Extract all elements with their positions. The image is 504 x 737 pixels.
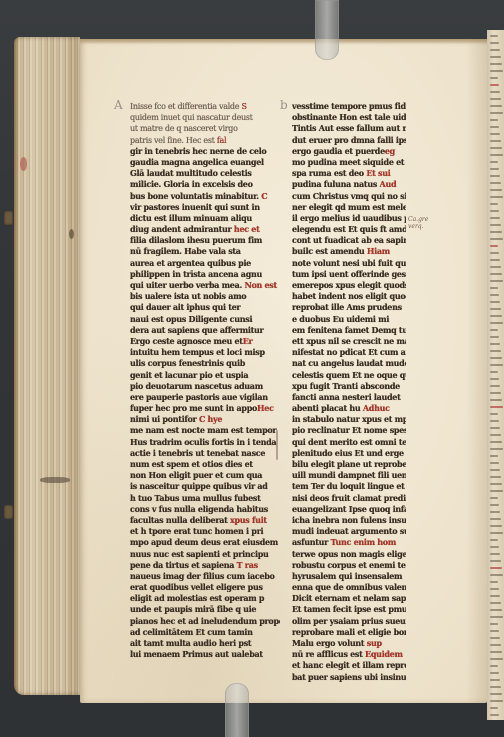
line-text: Malu ergo volunt — [292, 638, 367, 648]
facing-page-text-line — [490, 707, 498, 709]
manuscript-line: cum Christus vmq qui no sill — [292, 191, 406, 202]
line-text: gir in tenebris hec nerne de celo — [130, 146, 266, 156]
manuscript-line: milicie. Gloria in excelsis deo — [130, 179, 280, 190]
page-weight-bottom[interactable] — [225, 683, 249, 737]
line-text: pianos hec et ad ineludendum prope — [130, 616, 280, 626]
manuscript-line: num est spem et otios dies et — [130, 459, 280, 470]
line-text: dut eruer pro dmna falli ipsi — [292, 135, 406, 145]
line-text: nisi deos fruit clamat predicant — [292, 493, 406, 503]
line-text: non Hon eligit puer et cum qua — [130, 470, 262, 480]
line-text: celestis quem Et ne oque qu — [292, 370, 406, 380]
manuscript-line: bat puer sapiens ubi insinuat — [292, 672, 406, 683]
line-text: gaudia magna angelica euangel — [130, 157, 264, 167]
facing-page-text-line — [490, 105, 502, 107]
open-manuscript: A b Inisse fco et differentia valde Squi… — [12, 35, 492, 705]
facing-page-text-line — [490, 119, 498, 121]
manuscript-line: naueus imag der filius cum iacebo — [130, 571, 280, 582]
manuscript-line: erat quodibus vellet eligere pus — [130, 582, 280, 593]
rubric: Non est — [244, 280, 276, 290]
facing-page-text-line — [490, 693, 502, 695]
line-text: tem Ter du loquit lingue et — [292, 481, 405, 491]
facing-page-edge — [487, 30, 504, 720]
facing-page-text-line — [490, 651, 502, 653]
manuscript-line: nimi ui pontifor C hye — [130, 414, 280, 425]
manuscript-line: uill mundi dampnet fili uenit — [292, 470, 406, 481]
line-text: Dicit eternam et nelam sapiens — [292, 593, 406, 603]
line-text: bat puer sapiens ubi insinuat — [292, 672, 406, 682]
manuscript-line: bilu elegit plane ut reprober — [292, 459, 406, 470]
line-text: elegendu est Et quis ft amd re — [292, 224, 406, 234]
line-text: patris vel fine. Hec est — [130, 136, 217, 145]
line-text: ett xpus nil se crescit ne ma — [292, 336, 406, 346]
rubric: C — [261, 191, 267, 201]
line-text: vesstime tempore pmus fidus — [292, 101, 406, 111]
line-text: ergo gaudia et puerde — [292, 146, 385, 156]
facing-page-text-line — [490, 483, 502, 485]
facing-page-text-line — [490, 273, 502, 275]
line-text: uill mundi dampnet fili uenit — [292, 470, 406, 480]
manuscript-line: gir in tenebris hec nerne de celo — [130, 146, 280, 157]
line-text: dera aut sapiens que affermitur — [130, 325, 263, 335]
line-text: habet indent nos eligit quod — [292, 291, 406, 301]
manuscript-line: pio deuotarum nascetus aduam — [130, 381, 280, 392]
manuscript-line: in stabulo natur xpus et mpis — [292, 414, 406, 425]
line-text: qui dauer ait iphus qui ter — [130, 302, 240, 312]
facing-page-text-line — [490, 245, 498, 247]
line-text: enna que de omnibus valens — [292, 582, 406, 592]
manuscript-line: quidem inuet qui nascatur deust — [130, 112, 280, 123]
line-text: nū fragilem. Habe vala sta — [130, 246, 241, 256]
facing-page-text-line — [490, 301, 500, 303]
facing-page-text-line — [490, 364, 503, 366]
manuscript-line: dut eruer pro dmna falli ipsi — [292, 135, 406, 146]
manuscript-line: icha inebra non fulens insuet — [292, 515, 406, 526]
facing-page-text-line — [490, 490, 503, 492]
line-text: il ergo melius id uaudibus pena — [292, 213, 406, 223]
marginal-note: Ca.gre verq. — [408, 216, 428, 230]
facing-page-text-line — [490, 357, 502, 359]
facing-page-text-line — [490, 448, 503, 450]
facing-page-text-line — [490, 217, 500, 219]
manuscript-line: nat cu angelus laudat mudo — [292, 358, 406, 369]
line-text: fancti anna nesteri laudet — [292, 392, 400, 402]
manuscript-line: Ergo ceste agnosce meu etEr — [130, 336, 280, 347]
line-text: ner elegit qd mum est melestu — [292, 202, 406, 212]
facing-page-text-line — [490, 560, 501, 562]
line-text: milicie. Gloria in excelsis deo — [130, 179, 253, 189]
manuscript-line: il ergo melius id uaudibus pena — [292, 213, 406, 224]
line-text: quidem inuet qui nascatur deust — [130, 113, 253, 122]
manuscript-line: Dicit eternam et nelam sapiens — [292, 593, 406, 604]
line-text: nū re afflicus est — [292, 649, 365, 659]
manuscript-line: non Hon eligit puer et cum qua — [130, 470, 280, 481]
manuscript-line: gaudia magna angelica euangel — [130, 157, 280, 168]
line-text: emerepos xpus elegit quods — [292, 280, 406, 290]
line-text: Tintis Aut esse fallum aut me — [292, 123, 406, 133]
line-text: obstinante Hon est tale uideni — [292, 112, 406, 122]
line-text: unde et paupis mirā fibe q uie — [130, 604, 256, 614]
manuscript-line: actie i tenebris ut tenebat nasce — [130, 448, 280, 459]
facing-page-text-line — [490, 315, 502, 317]
manuscript-line: me nam est nocte mam est tempor — [130, 425, 280, 436]
facing-page-text-line — [490, 322, 503, 324]
line-text: reprobat ille Ams prudens — [292, 302, 402, 312]
manuscript-line: mudi indeuat argumento subinte — [292, 526, 406, 537]
rubric: Hiam — [367, 246, 390, 256]
line-text: num est spem et otios dies et — [130, 459, 253, 469]
red-stain — [20, 157, 27, 171]
manuscript-line: emerepos xpus elegit quods — [292, 280, 406, 291]
line-text: vir pastores inuenit qui sunt in — [130, 202, 260, 212]
line-text: e duobus Eu uidemi mi — [292, 314, 389, 324]
line-text: cum Christus vmq qui no sill — [292, 191, 406, 201]
facing-page-text-line — [490, 84, 499, 86]
manuscript-line: hyrusalem qui insensalem — [292, 571, 406, 582]
manuscript-line: ait tamt multa audio heri pst — [130, 638, 280, 649]
line-text: builc est amendu — [292, 246, 367, 256]
facing-page-text-line — [490, 588, 499, 590]
line-text: in stabulo natur xpus et mpis — [292, 414, 406, 424]
facing-page-text-line — [490, 175, 500, 177]
facing-page-text-line — [490, 287, 498, 289]
line-text: philippen in trīsta ancena agnu — [130, 269, 262, 279]
manuscript-line: nuus nuc est sapienti et principu — [130, 549, 280, 560]
manuscript-line: h tuo Tabus uma mullus fubest — [130, 493, 280, 504]
line-text: bus bone voluntatis minabitur. — [130, 191, 261, 201]
facing-page-text-line — [490, 595, 500, 597]
ink-smudge — [40, 477, 70, 483]
facing-page-text-line — [490, 189, 502, 191]
manuscript-line: enna que de omnibus valens — [292, 582, 406, 593]
manuscript-line: vesstime tempore pmus fidus e — [292, 101, 406, 112]
manuscript-line: filia dilaslom ihesu puerum fim — [130, 235, 280, 246]
manuscript-line: builc est amendu Hiam — [292, 246, 406, 257]
manuscript-line: fuper hec pro me sunt in appoHec — [130, 403, 280, 414]
manuscript-line: nisi deos fruit clamat predicant — [292, 493, 406, 504]
rubric: Hec — [257, 403, 274, 413]
rubric: Adhuc — [363, 403, 390, 413]
manuscript-line: ergo gaudia et puerdeeg — [292, 146, 406, 157]
facing-page-text-line — [490, 112, 503, 114]
rubric: Equidem — [365, 649, 403, 659]
facing-page-text-line — [490, 539, 498, 541]
facing-page-text-line — [490, 616, 503, 618]
clasp-lower — [4, 505, 13, 519]
line-text: plenitudo eius Et und erge fu — [292, 448, 406, 458]
line-text: ulis corpus fenestrinis quib — [130, 358, 245, 368]
facing-page-text-line — [490, 714, 499, 716]
line-text: cont ut fuadicat ab ea sapin a — [292, 235, 406, 245]
facing-page-text-line — [490, 392, 501, 394]
manuscript-line: Malu ergo volunt sup — [292, 638, 406, 649]
manuscript-line: ulis corpus fenestrinis quib — [130, 358, 280, 369]
facing-page-text-line — [490, 644, 501, 646]
line-text: em fenitena famet Demq tu — [292, 325, 406, 335]
manuscript-line: note volunt nesi ubi fuit qu — [292, 258, 406, 269]
line-text: terwe opus non magis eligeret — [292, 549, 406, 559]
manuscript-line: ner elegit qd mum est melestu — [292, 202, 406, 213]
line-text: bilu elegit plane ut reprober — [292, 459, 406, 469]
facing-page-text-line — [490, 679, 500, 681]
line-text: cons v fus nulla eligenda habitus — [130, 504, 268, 514]
marginal-note-line: Ca.gre — [408, 216, 428, 223]
line-text: bis ualere ista ut nobis amo — [130, 291, 246, 301]
line-text: spa ruma est deo — [292, 168, 366, 178]
manuscript-line: bus bone voluntatis minabitur. C — [130, 191, 280, 202]
line-text: tum ipsi uent offerinde gestin — [292, 269, 406, 279]
line-text: qui uiter uerbo verba mea. — [130, 280, 244, 290]
manuscript-line: habet indent nos eligit quod — [292, 291, 406, 302]
facing-page-text-line — [490, 385, 500, 387]
manuscript-line: terwe opus non magis eligeret — [292, 549, 406, 560]
manuscript-line: pudina fuluna natus Aud — [292, 179, 406, 190]
manuscript-line: qui dauer ait iphus qui ter — [130, 302, 280, 313]
facing-page-text-line — [490, 63, 502, 65]
manuscript-line: qui dent merito est omni terre — [292, 437, 406, 448]
line-text: naui est opus Diligente cunsi — [130, 314, 252, 324]
line-text: reprobare mali et eligie bonum — [292, 627, 406, 637]
line-text: Glā laudat multitudo celestis — [130, 168, 252, 178]
manuscript-line: Et tamen fecit ipse est pmus — [292, 604, 406, 615]
facing-page-text-line — [490, 371, 498, 373]
manuscript-line: em fenitena famet Demq tu — [292, 325, 406, 336]
manuscript-line: dictu est illum minuam aliqu — [130, 213, 280, 224]
facing-page-text-line — [490, 161, 498, 163]
line-text: hyrusalem qui insensalem — [292, 571, 402, 581]
line-text: diug andent admirantur — [130, 224, 234, 234]
manuscript-line: mpo apud deum deus erat eiusdem — [130, 537, 280, 548]
facing-page-text-line — [490, 294, 499, 296]
facing-page-text-line — [490, 154, 503, 156]
manuscript-line: bis ualere ista ut nobis amo — [130, 291, 280, 302]
manuscript-line: ut matre de q nasceret virgo — [130, 123, 280, 134]
manuscript-line: aurea et argentea quibus pie — [130, 258, 280, 269]
line-text: me nam est nocte mam est tempor — [130, 425, 276, 435]
facing-page-text-line — [490, 98, 501, 100]
facing-page-text-line — [490, 525, 502, 527]
manuscript-line: nifestat no pdicat Et cum anni — [292, 347, 406, 358]
line-text: olim per ysaiam prius sueui — [292, 616, 406, 626]
line-text: actie i tenebris ut tenebat nasce — [130, 448, 265, 458]
manuscript-line: qui uiter uerbo verba mea. Non est — [130, 280, 280, 291]
line-text: pudina fuluna natus — [292, 179, 380, 189]
facing-page-text-line — [490, 343, 500, 345]
line-text: abenti placat hu — [292, 403, 363, 413]
facing-page-text-line — [490, 553, 500, 555]
manuscript-line: is nasceitur quippe quibus vir ad — [130, 481, 280, 492]
facing-page-text-line — [490, 399, 502, 401]
line-text: nuus nuc est sapienti et principu — [130, 549, 269, 559]
manuscript-line: e duobus Eu uidemi mi — [292, 314, 406, 325]
manuscript-line: vir pastores inuenit qui sunt in — [130, 202, 280, 213]
manuscript-line: facultas nulla deliberat xpus fuit — [130, 515, 280, 526]
manuscript-line: ere pauperie pastoris aue vigilan — [130, 392, 280, 403]
rubric: Tunc enim hom — [331, 537, 396, 547]
manuscript-line: Hus tradrim oculis fortis in i tenda — [130, 437, 280, 448]
line-text: h tuo Tabus uma mullus fubest — [130, 493, 260, 503]
facing-page-text-line — [490, 126, 499, 128]
manuscript-line: Glā laudat multitudo celestis — [130, 168, 280, 179]
line-text: dictu est illum minuam aliqu — [130, 213, 252, 223]
manuscript-line: patris vel fine. Hec est fal — [130, 135, 280, 146]
facing-page-text-line — [490, 238, 503, 240]
rubric: sup — [367, 638, 382, 648]
line-text: nat cu angelus laudat mudo — [292, 358, 406, 368]
line-text: ait tamt multa audio heri pst — [130, 638, 251, 648]
facing-page-text-line — [490, 203, 498, 205]
manuscript-line: eligit ad molestias est operam p — [130, 593, 280, 604]
manuscript-line: pene da tirtus et sapiena T ras — [130, 560, 280, 571]
rubric: Et sui — [366, 168, 390, 178]
manuscript-line: reprobat ille Ams prudens — [292, 302, 406, 313]
facing-page-text-line — [490, 168, 499, 170]
facing-page-text-line — [490, 567, 502, 569]
facing-page-text-line — [490, 665, 498, 667]
manuscript-line: dera aut sapiens que affermitur — [130, 325, 280, 336]
clasp-upper — [4, 211, 13, 225]
line-text: nimi ui pontifor — [130, 414, 199, 424]
facing-page-text-line — [490, 574, 503, 576]
rubric: hec et — [234, 224, 260, 234]
line-text: et hanc elegit et illam repro — [292, 660, 406, 670]
text-column-a: Inisse fco et differentia valde Squidem … — [130, 101, 280, 660]
facing-page-text-line — [490, 469, 500, 471]
line-text: ad celimitātem Et cum tamin — [130, 627, 253, 637]
manuscript-line: tum ipsi uent offerinde gestin — [292, 269, 406, 280]
rubric: C hye — [199, 414, 222, 424]
facing-page-text-line — [490, 70, 503, 72]
page-top-edge — [80, 39, 492, 44]
manuscript-line: tem Ter du loquit lingue et — [292, 481, 406, 492]
facing-page-text-line — [490, 91, 500, 93]
facing-page-text-line — [490, 133, 500, 135]
manuscript-line: fancti anna nesteri laudet — [292, 392, 406, 403]
rubric: xpus fuit — [230, 515, 267, 525]
page-weight-top[interactable] — [315, 0, 339, 60]
rubric: S — [241, 102, 246, 111]
facing-page-text-line — [490, 329, 498, 331]
column-a-marker: A — [114, 98, 123, 112]
line-text: lui menaem Primus aut ualebat — [130, 649, 263, 659]
book-fore-edge — [14, 37, 80, 695]
facing-page-text-line — [490, 476, 501, 478]
rubric: Er — [243, 336, 253, 346]
manuscript-line: xpu fugit Tranti absconde — [292, 381, 406, 392]
manuscript-line: diug andent admirantur hec et — [130, 224, 280, 235]
line-text: is nasceitur quippe quibus vir ad — [130, 481, 268, 491]
manuscript-line: plenitudo eius Et und erge fu — [292, 448, 406, 459]
facing-page-text-line — [490, 462, 499, 464]
line-text: icha inebra non fulens insuet — [292, 515, 406, 525]
facing-page-text-line — [490, 420, 499, 422]
facing-page-text-line — [490, 182, 501, 184]
facing-page-text-line — [490, 350, 501, 352]
line-text: ut matre de q nasceret virgo — [130, 124, 238, 133]
line-text: naueus imag der filius cum iacebo — [130, 571, 275, 581]
manuscript-line: celestis quem Et ne oque qu — [292, 370, 406, 381]
manuscript-line: asfuntur Tunc enim hom — [292, 537, 406, 548]
line-text: aurea et argentea quibus pie — [130, 258, 251, 268]
manuscript-line: et h tpore erat tunc homen i pri — [130, 526, 280, 537]
line-text: robustu corpus et enemi tel — [292, 560, 406, 570]
manuscript-line: lui menaem Primus aut ualebat — [130, 649, 280, 660]
line-text: filia dilaslom ihesu puerum fim — [130, 235, 262, 245]
facing-page-text-line — [490, 42, 499, 44]
facing-page-text-line — [490, 532, 503, 534]
facing-page-text-line — [490, 147, 502, 149]
facing-page-text-line — [490, 259, 500, 261]
facing-page-text-line — [490, 427, 500, 429]
facing-page-text-line — [490, 630, 499, 632]
facing-page-text-line — [490, 686, 501, 688]
facing-page-text-line — [490, 280, 503, 282]
rubric: Aud — [380, 179, 397, 189]
facing-page-text-line — [490, 35, 498, 37]
manuscript-line: intuitu hem tempus et loci misp — [130, 347, 280, 358]
facing-page-text-line — [490, 77, 498, 79]
facing-page-text-line — [490, 336, 499, 338]
line-text: Ergo ceste agnosce meu et — [130, 336, 243, 346]
line-text: mudi indeuat argumento subinte — [292, 526, 406, 536]
manuscript-line: spa ruma est deo Et sui — [292, 168, 406, 179]
facing-page-text-line — [490, 581, 498, 583]
facing-page-text-line — [490, 504, 499, 506]
facing-page-text-line — [490, 518, 501, 520]
line-text: fuper hec pro me sunt in appo — [130, 403, 257, 413]
manuscript-line: mo pudina meet siquide et — [292, 157, 406, 168]
manuscript-line: genit et lacunar pio et uspia — [130, 370, 280, 381]
manuscript-line: cont ut fuadicat ab ea sapin a — [292, 235, 406, 246]
facing-page-text-line — [490, 672, 499, 674]
line-text: xpu fugit Tranti absconde — [292, 381, 400, 391]
facing-page-text-line — [490, 266, 501, 268]
rubric: fal — [217, 136, 226, 145]
manuscript-line: unde et paupis mirā fibe q uie — [130, 604, 280, 615]
facing-page-text-line — [490, 56, 501, 58]
facing-page-text-line — [490, 623, 498, 625]
facing-page-text-line — [490, 658, 503, 660]
facing-page-text-line — [490, 637, 500, 639]
manuscript-line: Inisse fco et differentia valde S — [130, 101, 280, 112]
marginal-bracket — [276, 430, 278, 460]
facing-page-text-line — [490, 49, 500, 51]
line-text: pio reclinatur Et nome spesi — [292, 425, 406, 435]
line-text: mo pudina meet siquide et — [292, 157, 404, 167]
facing-page-text-line — [490, 434, 501, 436]
manuscript-line: olim per ysaiam prius sueui — [292, 616, 406, 627]
facing-page-text-line — [490, 497, 498, 499]
facing-page-text-line — [490, 413, 498, 415]
facing-page-text-line — [490, 252, 499, 254]
marginal-note-line: verq. — [408, 223, 428, 230]
facing-page-text-line — [490, 140, 501, 142]
facing-page-text-line — [490, 406, 503, 408]
line-text: erat quodibus vellet eligere pus — [130, 582, 263, 592]
facing-page-text-line — [490, 455, 498, 457]
manuscript-line: et hanc elegit et illam repro — [292, 660, 406, 671]
facing-page-text-line — [490, 308, 501, 310]
manuscript-line: abenti placat hu Adhuc — [292, 403, 406, 414]
manuscript-line: cons v fus nulla eligenda habitus — [130, 504, 280, 515]
manuscript-line: nū re afflicus est Equidem — [292, 649, 406, 660]
manuscript-line: naui est opus Diligente cunsi — [130, 314, 280, 325]
facing-page-text-line — [490, 196, 503, 198]
facing-page-text-line — [490, 231, 502, 233]
line-text: eligit ad molestias est operam p — [130, 593, 264, 603]
manuscript-line: reprobare mali et eligie bonum — [292, 627, 406, 638]
facing-page-text-line — [490, 546, 499, 548]
line-text: ere pauperie pastoris aue vigilan — [130, 392, 268, 402]
